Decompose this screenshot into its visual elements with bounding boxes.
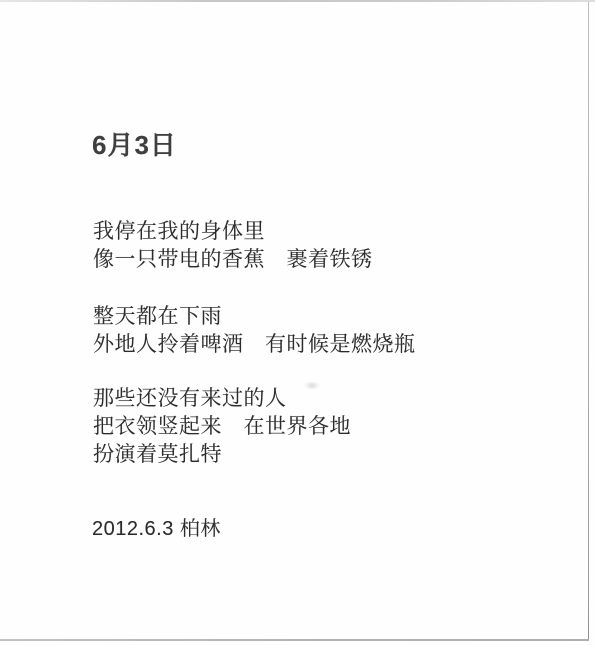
- scan-edge-right: [588, 2, 589, 639]
- poem-stanza-2: 整天都在下雨 外地人拎着啤酒 有时候是燃烧瓶: [93, 303, 416, 359]
- poem-dateline: 2012.6.3 柏林: [92, 515, 221, 543]
- poem-line: 我停在我的身体里: [93, 218, 373, 246]
- poem-line: 把衣领竖起来 在世界各地: [93, 413, 351, 441]
- poem-line: 外地人拎着啤酒 有时候是燃烧瓶: [93, 331, 416, 359]
- poem-title: 6月3日: [92, 130, 177, 160]
- scanned-poem-page: 6月3日 我停在我的身体里 像一只带电的香蕉 裹着铁锈 整天都在下雨 外地人拎着…: [0, 0, 595, 646]
- poem-stanza-3: 那些还没有来过的人 把衣领竖起来 在世界各地 扮演着莫扎特: [93, 385, 351, 469]
- scan-edge-bottom: [0, 639, 589, 641]
- poem-stanza-1: 我停在我的身体里 像一只带电的香蕉 裹着铁锈: [93, 218, 373, 274]
- poem-line: 像一只带电的香蕉 裹着铁锈: [93, 246, 373, 274]
- poem-line: 扮演着莫扎特: [93, 441, 351, 469]
- scan-edge-top: [0, 0, 595, 2]
- poem-line: 整天都在下雨: [93, 303, 416, 331]
- scan-smudge: [304, 381, 320, 390]
